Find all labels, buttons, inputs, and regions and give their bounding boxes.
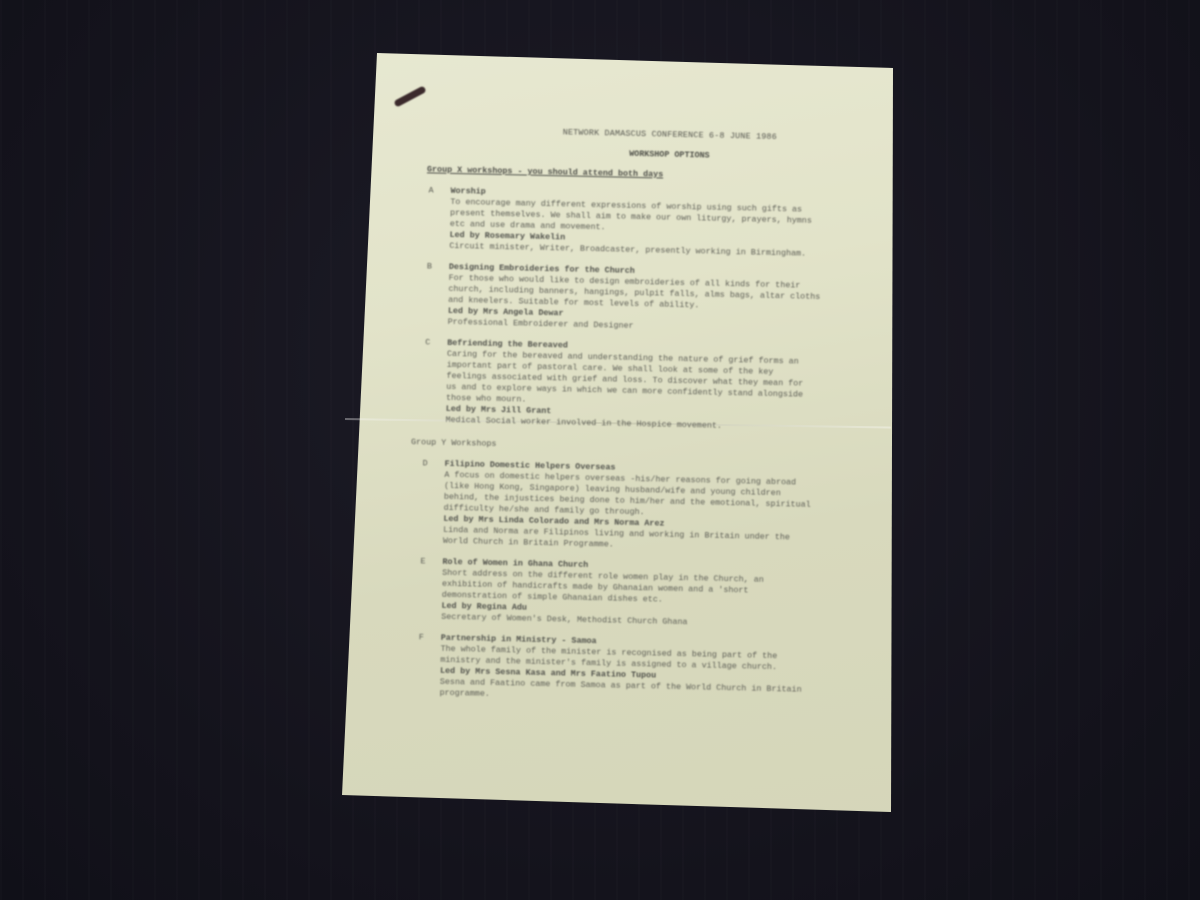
workshop-letter: A [427, 185, 450, 251]
workshop-letter: F [417, 632, 440, 698]
workshop-d: D Filipino Domestic Helpers Overseas A f… [421, 458, 853, 555]
workshop-c: C Befriending the Bereaved Caring for th… [423, 337, 855, 434]
workshop-letter: D [421, 458, 445, 546]
workshop-a: A Worship To encourage many different ex… [427, 185, 858, 260]
workshop-b: B Designing Embroideries for the Church … [426, 261, 857, 336]
document-subtitle: WORKSHOP OPTIONS [409, 144, 859, 165]
document-text: NETWORK DAMASCUS CONFERENCE 6-8 JUNE 198… [397, 124, 859, 708]
workshop-letter: E [419, 556, 442, 622]
workshop-e: E Role of Women in Ghana Church Short ad… [419, 556, 850, 631]
workshop-letter: C [423, 337, 447, 425]
group-x-heading: Group X workshops - you should attend bo… [427, 164, 859, 184]
workshop-description: Caring for the bereaved and understandin… [446, 349, 855, 413]
workshop-f: F Partnership in Ministry - Samoa The wh… [417, 632, 848, 707]
workshop-letter: B [426, 261, 449, 327]
group-y-heading: Group Y Workshops [411, 437, 853, 458]
